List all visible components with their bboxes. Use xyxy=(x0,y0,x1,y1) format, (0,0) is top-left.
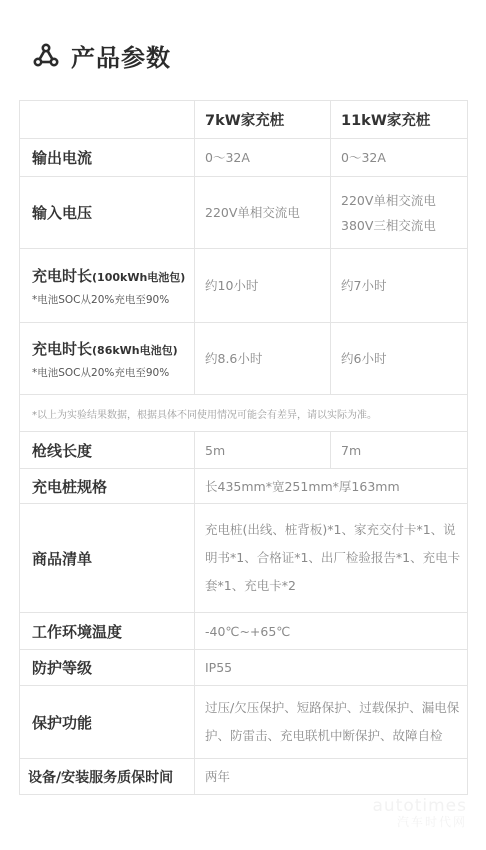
label-footnote: *电池SOC从20%充电至90% xyxy=(32,365,194,380)
row-label: 充电时长(100kWh电池包) *电池SOC从20%充电至90% xyxy=(20,249,195,323)
header-empty-cell xyxy=(20,101,195,139)
value-11kw: 0～32A xyxy=(331,139,468,177)
connected-nodes-icon xyxy=(33,42,59,68)
table-row-protection-rating: 防护等级 IP55 xyxy=(20,650,468,686)
disclaimer-note: *以上为实验结果数据，根据具体不同使用情况可能会有差异，请以实际为准。 xyxy=(20,395,468,432)
value-shared: -40℃~+65℃ xyxy=(195,613,468,650)
value-shared: 两年 xyxy=(195,759,468,795)
value-11kw: 约6小时 xyxy=(331,323,468,395)
value-7kw: 约8.6小时 xyxy=(195,323,331,395)
value-11kw: 约7小时 xyxy=(331,249,468,323)
label-main: 充电时长 xyxy=(32,340,92,358)
table-row-cable-length: 枪线长度 5m 7m xyxy=(20,432,468,469)
row-label: 输入电压 xyxy=(20,177,195,249)
row-label: 设备/安装服务质保时间 xyxy=(20,759,195,795)
value-11kw: 220V单相交流电 380V三相交流电 xyxy=(331,177,468,249)
table-row-charge-time-86kwh: 充电时长(86kWh电池包) *电池SOC从20%充电至90% 约8.6小时 约… xyxy=(20,323,468,395)
table-row-output-current: 输出电流 0～32A 0～32A xyxy=(20,139,468,177)
column-header-11kw: 11kW家充桩 xyxy=(331,101,468,139)
column-header-7kw: 7kW家充桩 xyxy=(195,101,331,139)
value-7kw: 约10小时 xyxy=(195,249,331,323)
label-suffix: (100kWh电池包) xyxy=(92,271,185,284)
value-shared: 充电桩(出线、桩背板)*1、家充交付卡*1、说明书*1、合格证*1、出厂检验报告… xyxy=(195,504,468,613)
row-label: 充电桩规格 xyxy=(20,469,195,504)
table-row-input-voltage: 输入电压 220V单相交流电 220V单相交流电 380V三相交流电 xyxy=(20,177,468,249)
value-7kw: 5m xyxy=(195,432,331,469)
watermark-line-1: autotimes xyxy=(372,798,467,814)
table-row-note: *以上为实验结果数据，根据具体不同使用情况可能会有差异，请以实际为准。 xyxy=(20,395,468,432)
row-label: 充电时长(86kWh电池包) *电池SOC从20%充电至90% xyxy=(20,323,195,395)
spec-table: 7kW家充桩 11kW家充桩 输出电流 0～32A 0～32A 输入电压 220… xyxy=(19,100,468,795)
row-label: 枪线长度 xyxy=(20,432,195,469)
value-7kw: 0～32A xyxy=(195,139,331,177)
value-line: 220V单相交流电 xyxy=(341,188,467,213)
value-7kw: 220V单相交流电 xyxy=(195,177,331,249)
label-main: 充电时长 xyxy=(32,267,92,285)
row-label: 防护等级 xyxy=(20,650,195,686)
value-shared: 长435mm*宽251mm*厚163mm xyxy=(195,469,468,504)
watermark: autotimes 汽车时代网 xyxy=(372,798,467,830)
table-row-protection-functions: 保护功能 过压/欠压保护、短路保护、过载保护、漏电保护、防雷击、充电联机中断保护… xyxy=(20,686,468,759)
row-label: 输出电流 xyxy=(20,139,195,177)
value-11kw: 7m xyxy=(331,432,468,469)
table-row-charge-time-100kwh: 充电时长(100kWh电池包) *电池SOC从20%充电至90% 约10小时 约… xyxy=(20,249,468,323)
value-shared: 过压/欠压保护、短路保护、过载保护、漏电保护、防雷击、充电联机中断保护、故障自检 xyxy=(195,686,468,759)
section-heading: 产品参数 xyxy=(33,38,171,72)
value-line: 380V三相交流电 xyxy=(341,213,467,238)
row-label: 保护功能 xyxy=(20,686,195,759)
table-row-dimensions: 充电桩规格 长435mm*宽251mm*厚163mm xyxy=(20,469,468,504)
table-row-operating-temp: 工作环境温度 -40℃~+65℃ xyxy=(20,613,468,650)
table-row-warranty: 设备/安装服务质保时间 两年 xyxy=(20,759,468,795)
label-footnote: *电池SOC从20%充电至90% xyxy=(32,292,194,307)
label-suffix: (86kWh电池包) xyxy=(92,344,178,357)
row-label: 工作环境温度 xyxy=(20,613,195,650)
table-row-package-list: 商品清单 充电桩(出线、桩背板)*1、家充交付卡*1、说明书*1、合格证*1、出… xyxy=(20,504,468,613)
watermark-line-2: 汽车时代网 xyxy=(372,814,467,830)
row-label: 商品清单 xyxy=(20,504,195,613)
page-title: 产品参数 xyxy=(71,38,171,73)
table-header-row: 7kW家充桩 11kW家充桩 xyxy=(20,101,468,139)
value-shared: IP55 xyxy=(195,650,468,686)
